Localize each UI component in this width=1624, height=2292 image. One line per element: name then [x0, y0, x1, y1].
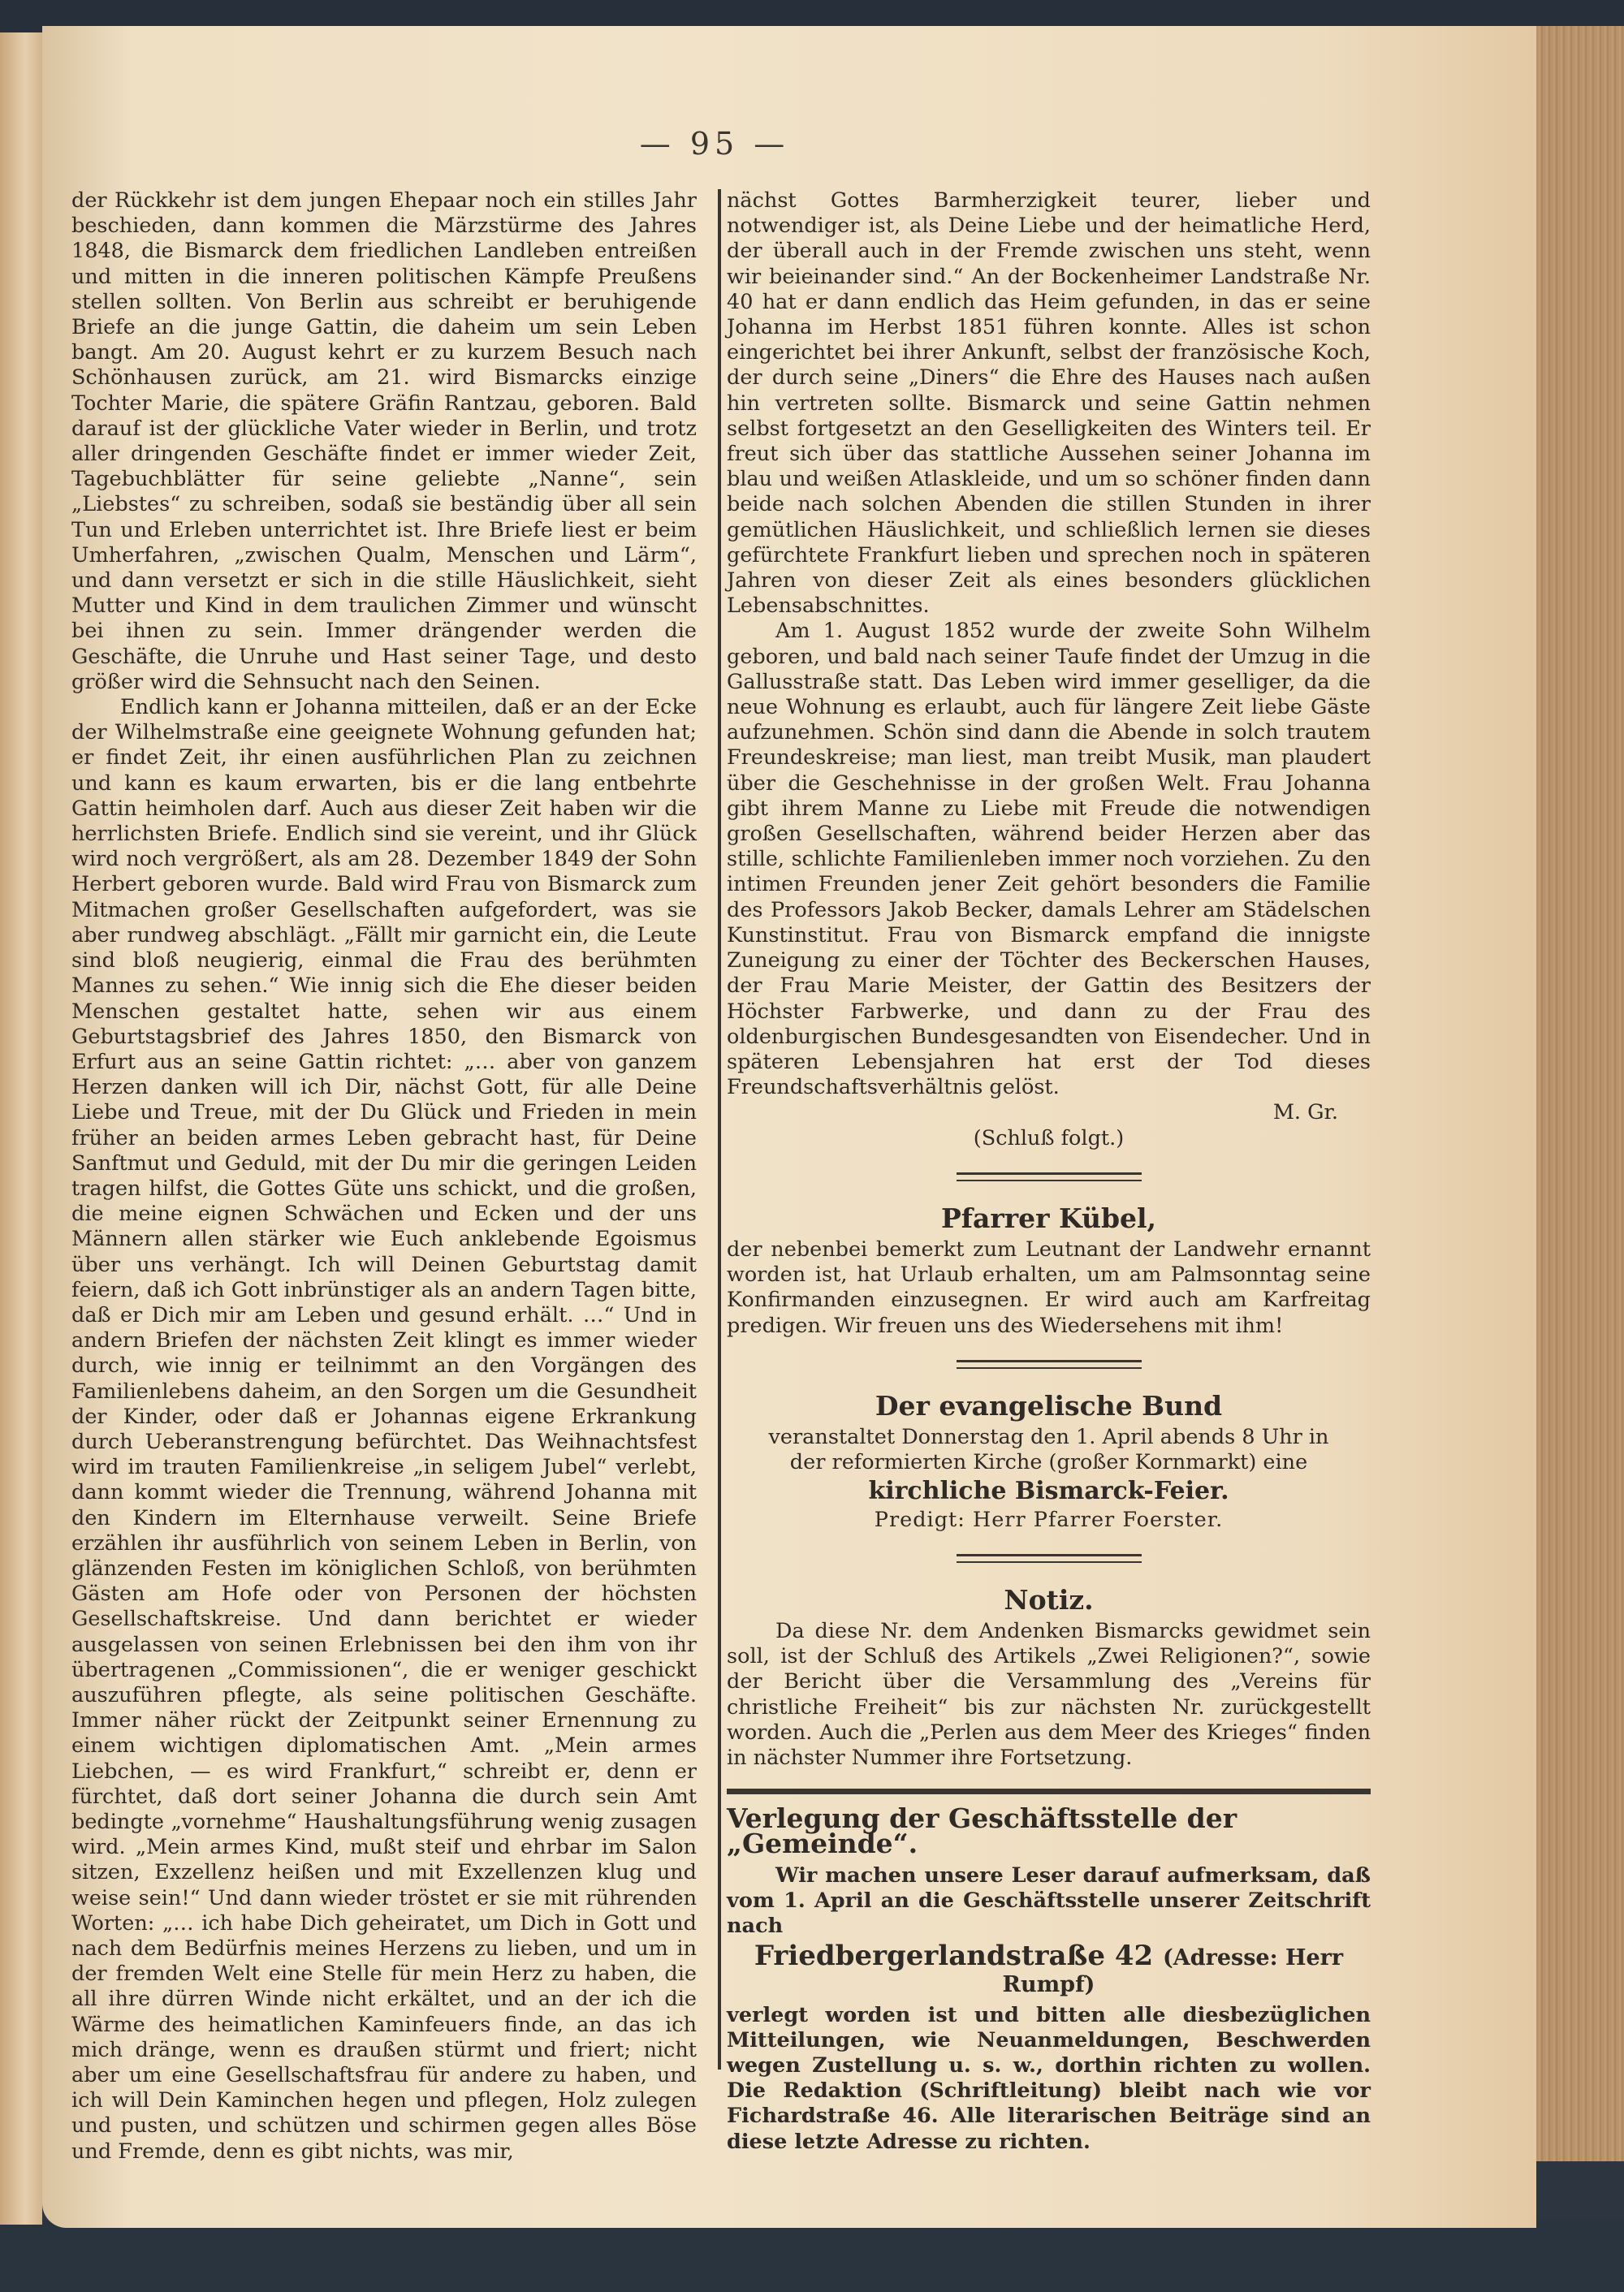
- new-address: Friedbergerlandstraße 42 (Adresse: Herr …: [727, 1944, 1371, 1997]
- facing-page-edge: [0, 32, 42, 2225]
- event-name: kirchliche Bismarck-Feier.: [727, 1478, 1371, 1504]
- notice-body: der nebenbei bemerkt zum Leutnant der La…: [727, 1237, 1371, 1339]
- left-column: der Rückkehr ist dem jungen Ehepaar noch…: [71, 188, 697, 2165]
- column-divider: [718, 189, 721, 2070]
- article-paragraph: nächst Gottes Barmherzigkeit teurer, lie…: [727, 188, 1371, 619]
- notice-line: veranstaltet Donnerstag den 1. April abe…: [727, 1425, 1371, 1450]
- notice-title: Verlegung der Geschäftsstelle der „Gemei…: [727, 1806, 1371, 1856]
- notice-title: Notiz.: [727, 1587, 1371, 1612]
- notice-intro: Wir machen unsere Leser darauf aufmerksa…: [727, 1863, 1371, 1940]
- byline: M. Gr.: [727, 1100, 1371, 1125]
- author-initials: M. Gr.: [1273, 1100, 1338, 1125]
- book-cover-bottom: [0, 2221, 1624, 2292]
- notice-body: Da diese Nr. dem Andenken Bismarcks gewi…: [727, 1619, 1371, 1771]
- section-divider-thick: [727, 1789, 1371, 1794]
- section-divider: [957, 1360, 1142, 1369]
- article-paragraph: Endlich kann er Johanna mitteilen, daß e…: [71, 695, 697, 2165]
- right-column: nächst Gottes Barmherzigkeit teurer, lie…: [727, 188, 1371, 2155]
- article-paragraph: Am 1. August 1852 wurde der zweite Sohn …: [727, 619, 1371, 1100]
- section-divider: [957, 1172, 1142, 1181]
- page-number: — 95 —: [633, 126, 796, 162]
- page-fore-edge: [1522, 26, 1624, 2161]
- article-paragraph: der Rückkehr ist dem jungen Ehepaar noch…: [71, 188, 697, 695]
- address-street: Friedbergerlandstraße 42: [754, 1940, 1153, 1972]
- notice-line: der reformierten Kirche (großer Kornmark…: [727, 1450, 1371, 1475]
- notice-office-relocation: Verlegung der Geschäftsstelle der „Gemei…: [727, 1806, 1371, 2155]
- notice-title: Pfarrer Kübel,: [727, 1206, 1371, 1231]
- section-divider: [957, 1554, 1142, 1563]
- notice-evangelischer-bund: Der evangelische Bund veranstaltet Donne…: [727, 1393, 1371, 1533]
- notice-notiz: Notiz. Da diese Nr. dem Andenken Bismarc…: [727, 1587, 1371, 1771]
- notice-body: verlegt worden ist und bitten alle diesb…: [727, 2003, 1371, 2155]
- notice-kuebel: Pfarrer Kübel, der nebenbei bemerkt zum …: [727, 1206, 1371, 1339]
- continued-note: (Schluß folgt.): [727, 1126, 1371, 1151]
- notice-title: Der evangelische Bund: [727, 1393, 1371, 1418]
- sermon-line: Predigt: Herr Pfarrer Foerster.: [727, 1508, 1371, 1533]
